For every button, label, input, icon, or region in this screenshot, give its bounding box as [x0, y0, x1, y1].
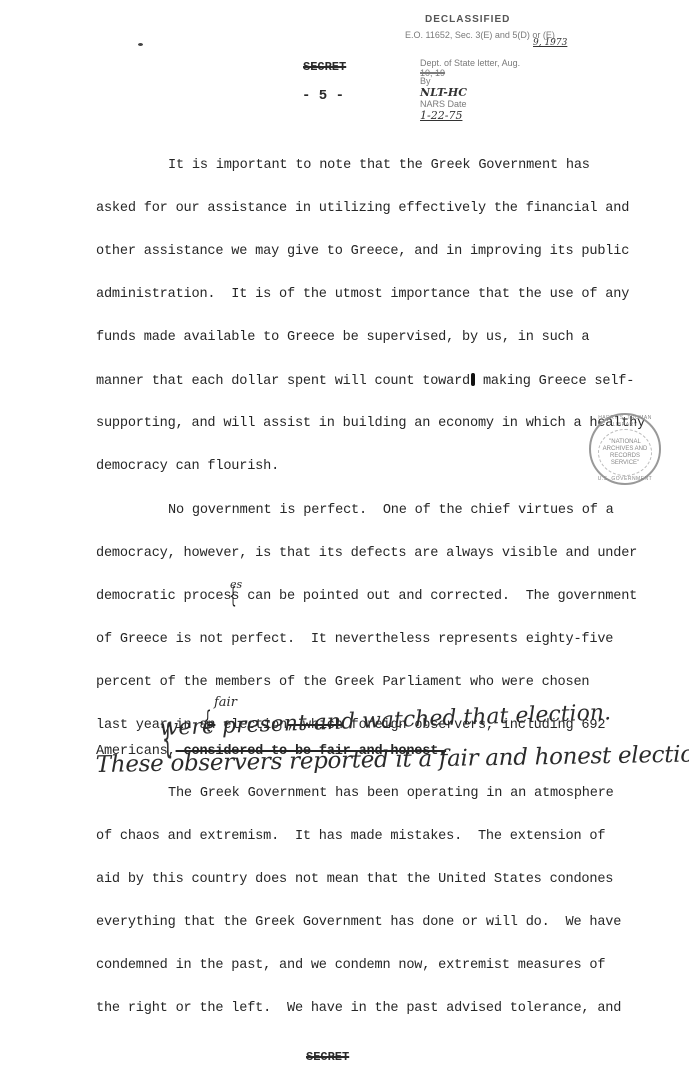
p1-line-7: supporting, and will assist in building …	[96, 416, 645, 431]
p2-line-4: of Greece is not perfect. It nevertheles…	[96, 632, 613, 647]
stamp-title: DECLASSIFIED	[425, 14, 510, 25]
seal-inner: "NATIONAL ARCHIVES AND RECORDS SERVICE"	[598, 429, 652, 476]
p1-line-6b: making Greece self-	[475, 374, 634, 389]
seal-inner-line-1: "NATIONAL	[609, 439, 641, 446]
stamp-by-prefix: By	[420, 76, 431, 86]
stamp-letter-hand-date: 9, 1973	[533, 38, 567, 48]
insert-bracket-mark: {	[230, 584, 237, 609]
seal-inner-line-2: ARCHIVES AND	[603, 446, 648, 453]
p3-line-3: aid by this country does not mean that t…	[96, 872, 613, 887]
p1-line-3: other assistance we may give to Greece, …	[96, 244, 629, 259]
p1-line-6: manner that each dollar spent will count…	[96, 373, 634, 389]
p1-line-5: funds made available to Greece be superv…	[96, 330, 589, 345]
handwritten-insert-fair: fair	[214, 695, 237, 710]
seal-inner-line-4: SERVICE"	[611, 460, 639, 467]
seal-top-text: HARRY S. TRUMAN LIBRARY	[591, 415, 659, 429]
document-page: DECLASSIFIED E.O. 11652, Sec. 3(E) and 5…	[0, 0, 689, 1090]
p2-line-3: democratic process can be pointed out an…	[96, 589, 637, 604]
p3-line-6: the right or the left. We have in the pa…	[96, 1001, 621, 1016]
p1-line-4: administration. It is of the utmost impo…	[96, 287, 629, 302]
stamp-by-line: By NLT-HC NARS Date 1-22-75	[405, 66, 467, 132]
p3-line-4: everything that the Greek Government has…	[96, 915, 621, 930]
p1-line-2: asked for our assistance in utilizing ef…	[96, 201, 629, 216]
p3-line-2: of chaos and extremism. It has made mist…	[96, 829, 605, 844]
footer-classification: SECRET	[306, 1050, 349, 1064]
header-classification: SECRET	[303, 60, 346, 74]
seal-inner-line-3: RECORDS	[610, 453, 640, 460]
p3-line-1: The Greek Government has been operating …	[168, 786, 614, 801]
p2-line-3b: can be pointed out and corrected. The go…	[239, 589, 637, 604]
p3-line-5: condemned in the past, and we condemn no…	[96, 958, 605, 973]
stamp-by-initials: NLT-HC	[420, 86, 467, 99]
p1-line-8: democracy can flourish.	[96, 459, 279, 474]
p2-line-2: democracy, however, is that its defects …	[96, 546, 637, 561]
stamp-nars-hand-date: 1-22-75	[420, 109, 462, 122]
p1-line-1: It is important to note that the Greek G…	[168, 158, 590, 173]
ink-speck	[138, 43, 143, 46]
seal-bottom-text: U.S. GOVERNMENT	[598, 476, 652, 483]
p2-line-3a: democratic process	[96, 589, 239, 604]
p2-line-5: percent of the members of the Greek Parl…	[96, 675, 589, 690]
archive-seal-stamp: HARRY S. TRUMAN LIBRARY "NATIONAL ARCHIV…	[589, 413, 661, 485]
p1-line-6a: manner that each dollar spent will count…	[96, 374, 470, 389]
p2-line-1: No government is perfect. One of the chi…	[168, 503, 614, 518]
stamp-nars-date-label: NARS Date	[420, 99, 467, 109]
page-number: - 5 -	[302, 88, 344, 104]
